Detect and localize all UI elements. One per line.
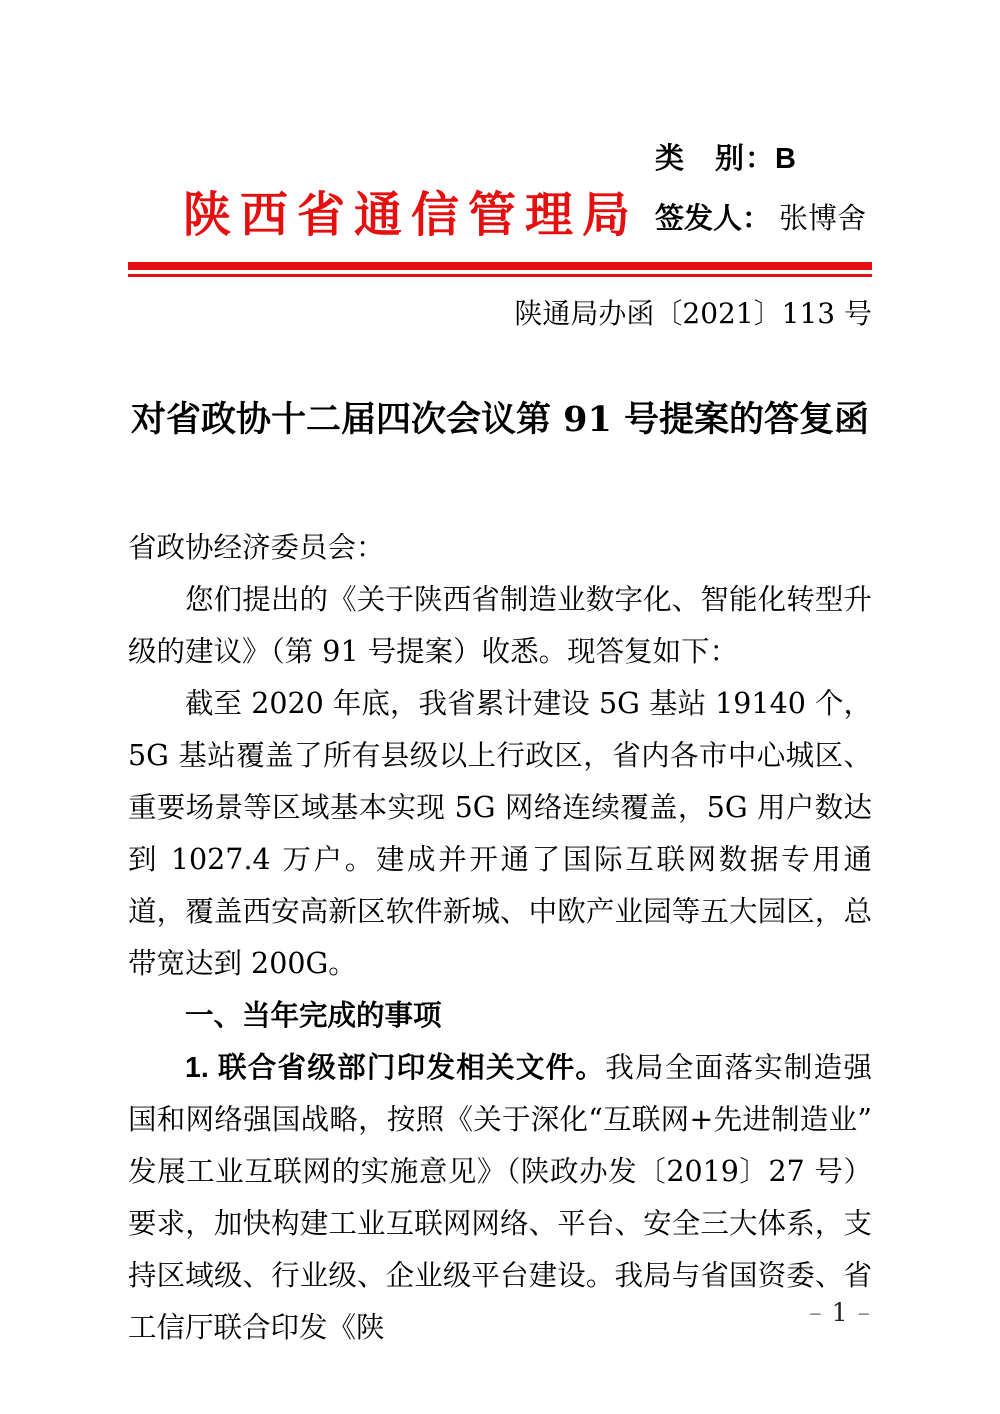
item-1-text: 我局全面落实制造强国和网络强国战略，按照《关于深化“互联网+先进制造业”发展工业… xyxy=(128,1051,872,1344)
page-number-dash-left: – xyxy=(809,1298,822,1327)
document-page: 类 别：B 陕西省通信管理局 签发人：张博舍 陕通局办函〔2021〕113 号 … xyxy=(0,0,1000,1414)
page-number-value: 1 xyxy=(832,1298,848,1327)
letter-body: 省政协经济委员会： 您们提出的《关于陕西省制造业数字化、智能化转型升级的建议》（… xyxy=(128,522,872,1354)
page-number: –1– xyxy=(809,1298,870,1327)
red-divider xyxy=(128,262,872,277)
paragraph-proposal-intro: 您们提出的《关于陕西省制造业数字化、智能化转型升级的建议》（第 91 号提案）收… xyxy=(128,574,872,678)
red-divider-thick-line xyxy=(128,262,872,270)
category-label: 类 别：B xyxy=(655,136,797,177)
salutation: 省政协经济委员会： xyxy=(128,522,872,574)
issuer-name: 张博舍 xyxy=(779,201,866,235)
paragraph-item-1: 1. 联合省级部门印发相关文件。我局全面落实制造强国和网络强国战略，按照《关于深… xyxy=(128,1042,872,1354)
page-number-dash-right: – xyxy=(858,1298,871,1327)
red-divider-thin-line xyxy=(128,274,872,277)
paragraph-5g-status: 截至 2020 年底，我省累计建设 5G 基站 19140 个，5G 基站覆盖了… xyxy=(128,678,872,990)
letterhead: 类 别：B 陕西省通信管理局 签发人：张博舍 xyxy=(128,0,872,282)
item-1-lead: 1. 联合省级部门印发相关文件。 xyxy=(185,1052,605,1084)
document-title: 对省政协十二届四次会议第 91 号提案的答复函 xyxy=(128,392,872,442)
document-number: 陕通局办函〔2021〕113 号 xyxy=(128,292,872,332)
issuer-label: 签发人： xyxy=(655,203,771,235)
agency-title: 陕西省通信管理局 xyxy=(183,176,639,245)
issuer-line: 签发人：张博舍 xyxy=(655,196,866,237)
section-heading-completed-items: 一、当年完成的事项 xyxy=(128,990,872,1042)
